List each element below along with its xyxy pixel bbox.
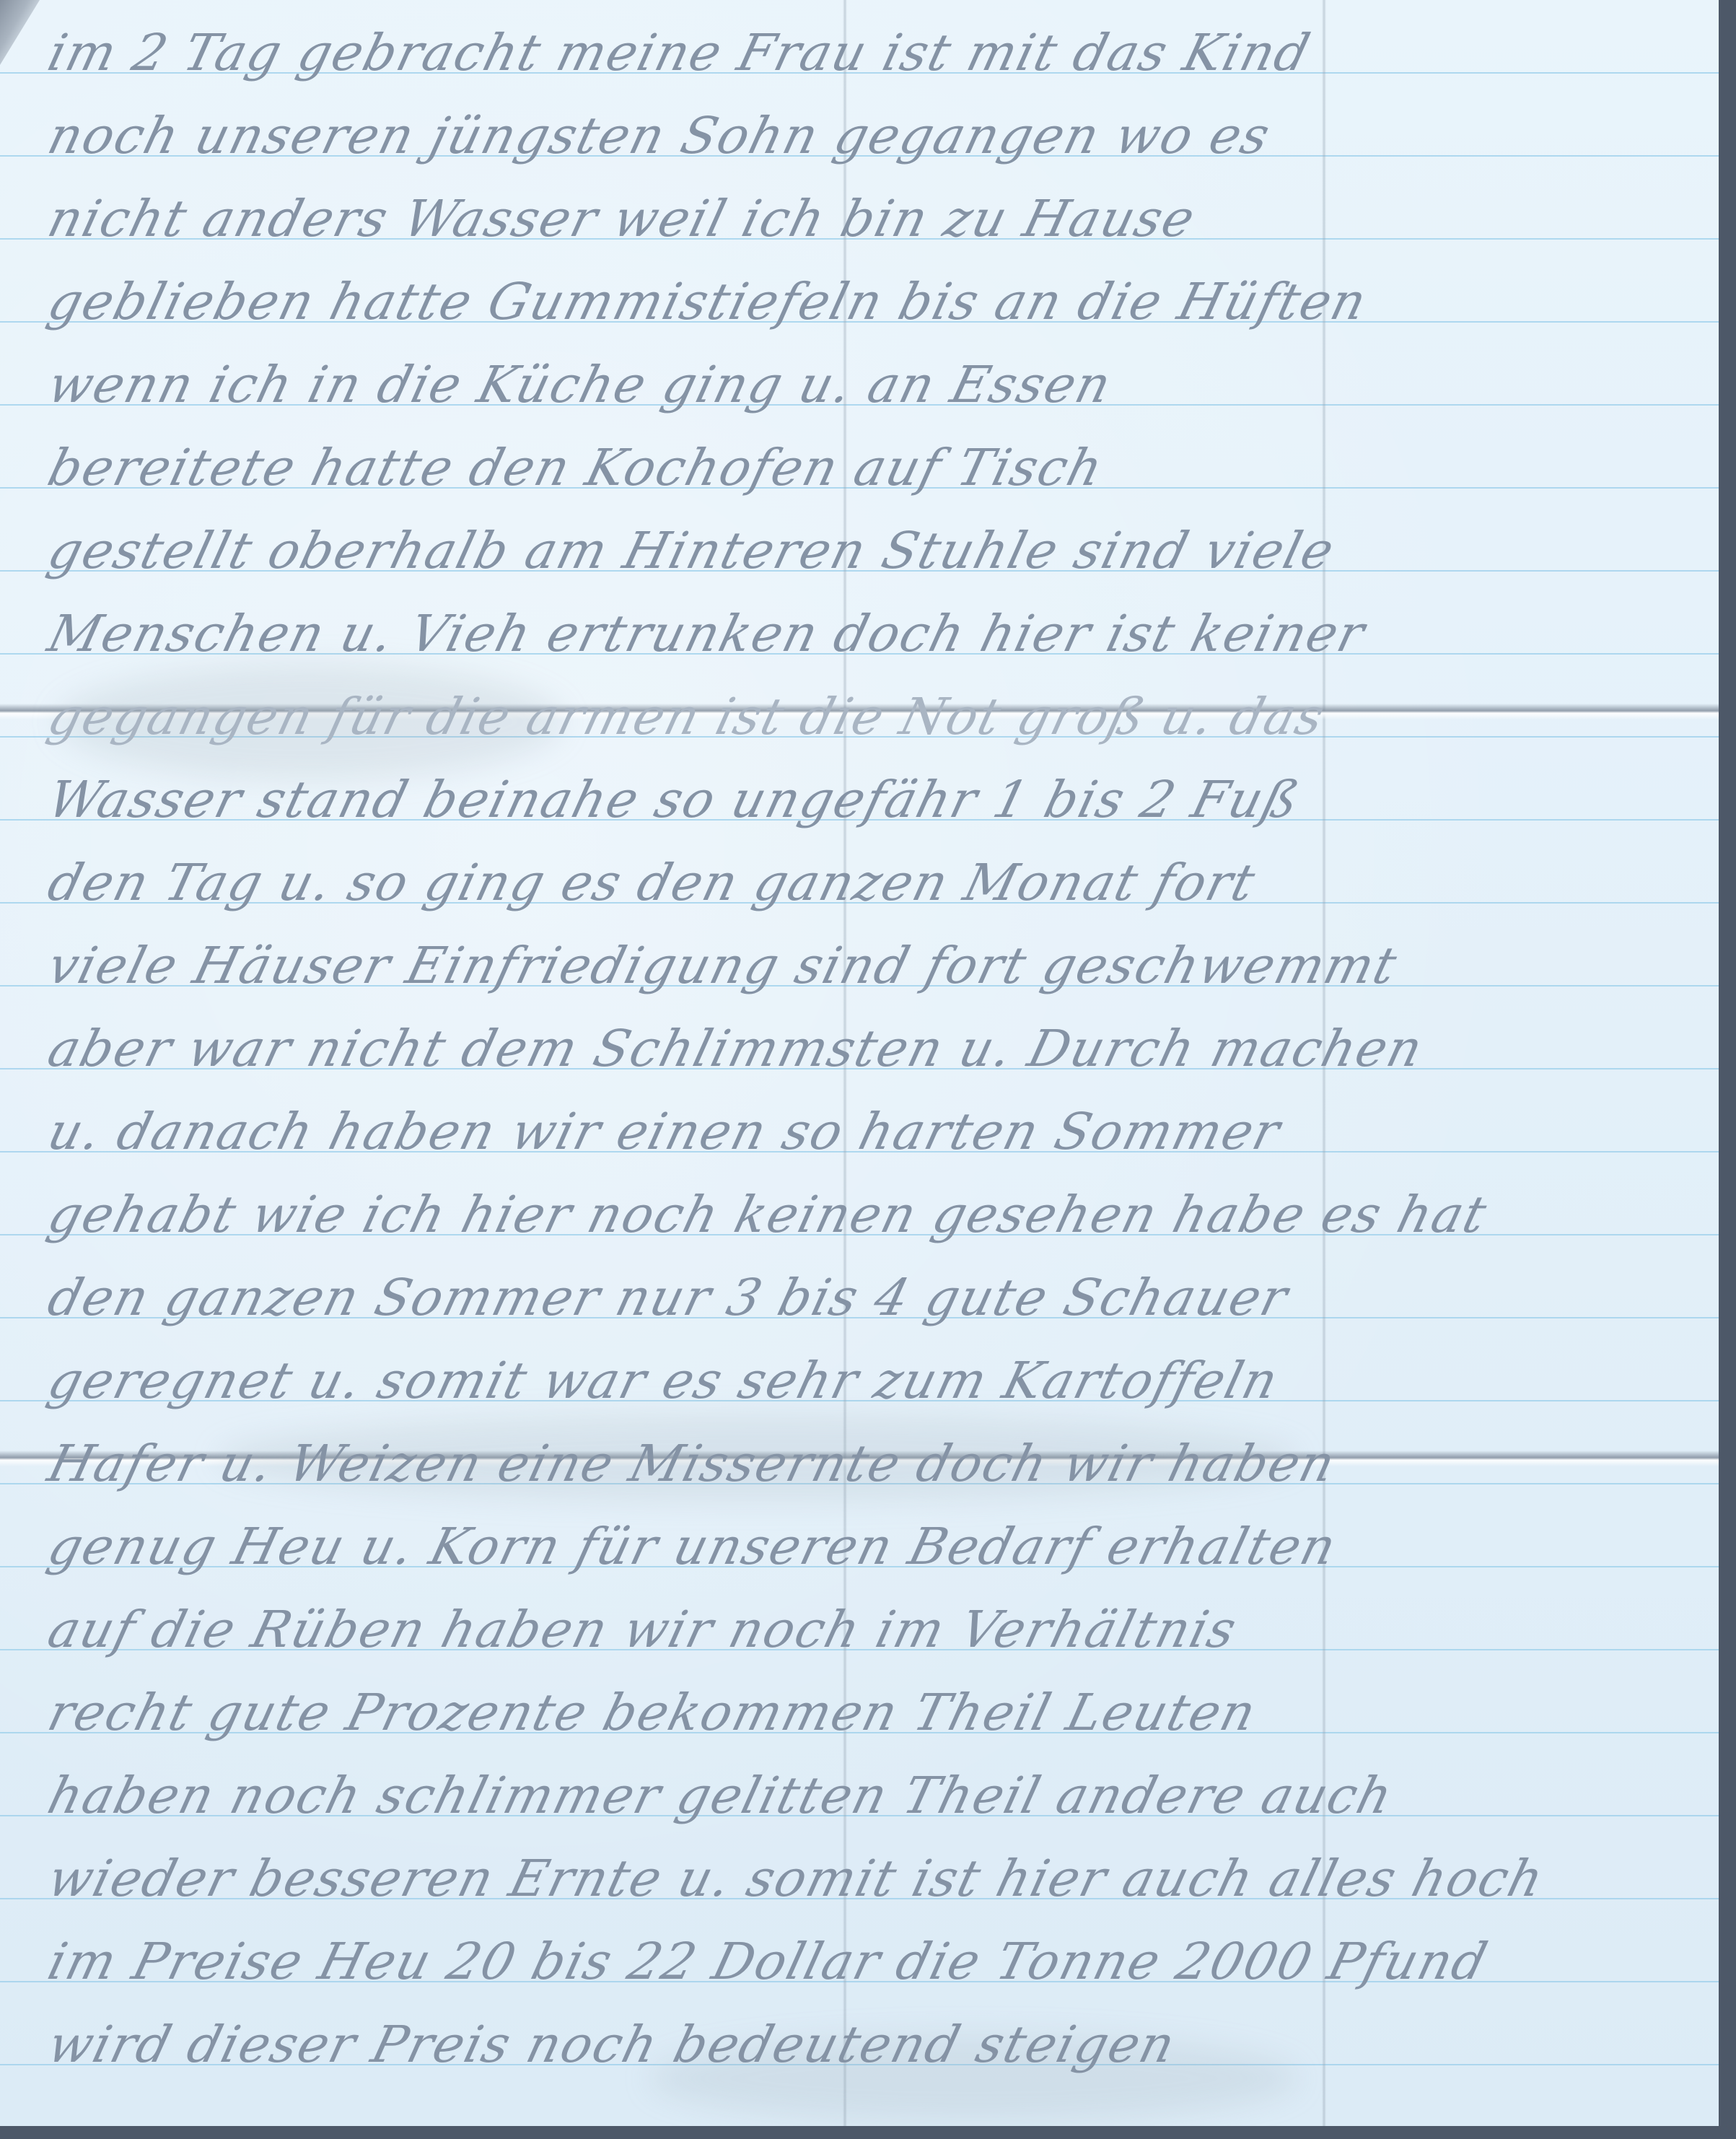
handwritten-line: gehabt wie ich hier noch keinen gesehen …: [43, 1189, 1688, 1240]
handwritten-line: wieder besseren Ernte u. somit ist hier …: [43, 1853, 1688, 1904]
handwritten-line: Hafer u. Weizen eine Missernte doch wir …: [43, 1438, 1688, 1489]
torn-corner-shadow: [0, 0, 43, 65]
handwritten-line: gegangen für die armen ist die Not groß …: [43, 691, 1688, 742]
handwritten-line: geregnet u. somit war es sehr zum Kartof…: [43, 1355, 1688, 1406]
handwritten-line: den Tag u. so ging es den ganzen Monat f…: [43, 857, 1688, 908]
handwritten-line: noch unseren jüngsten Sohn gegangen wo e…: [43, 110, 1688, 161]
handwritten-line: Wasser stand beinahe so ungefähr 1 bis 2…: [43, 774, 1688, 825]
handwritten-line: nicht anders Wasser weil ich bin zu Haus…: [43, 193, 1688, 244]
handwritten-line: geblieben hatte Gummistiefeln bis an die…: [43, 276, 1688, 327]
handwritten-line: recht gute Prozente bekommen Theil Leute…: [43, 1687, 1688, 1738]
handwritten-line: im Preise Heu 20 bis 22 Dollar die Tonne…: [43, 1936, 1688, 1987]
handwritten-line: haben noch schlimmer gelitten Theil ande…: [43, 1770, 1688, 1821]
handwritten-line: viele Häuser Einfriedigung sind fort ges…: [43, 940, 1688, 991]
handwritten-line: gestellt oberhalb am Hinteren Stuhle sin…: [43, 525, 1688, 576]
handwritten-line: u. danach haben wir einen so harten Somm…: [43, 1106, 1688, 1157]
handwritten-line: aber war nicht dem Schlimmsten u. Durch …: [43, 1023, 1688, 1074]
handwritten-line: genug Heu u. Korn für unseren Bedarf erh…: [43, 1521, 1688, 1572]
handwritten-line: Menschen u. Vieh ertrunken doch hier ist…: [43, 608, 1688, 659]
handwritten-line: bereitete hatte den Kochofen auf Tisch: [43, 442, 1688, 493]
handwritten-line: auf die Rüben haben wir noch im Verhältn…: [43, 1604, 1688, 1655]
letter-page: im 2 Tag gebracht meine Frau ist mit das…: [0, 0, 1719, 2126]
handwritten-line: wenn ich in die Küche ging u. an Essen: [43, 359, 1688, 410]
handwritten-line: im 2 Tag gebracht meine Frau ist mit das…: [43, 27, 1688, 78]
handwritten-line: wird dieser Preis noch bedeutend steigen: [43, 2019, 1688, 2070]
handwritten-line: den ganzen Sommer nur 3 bis 4 gute Schau…: [43, 1272, 1688, 1323]
